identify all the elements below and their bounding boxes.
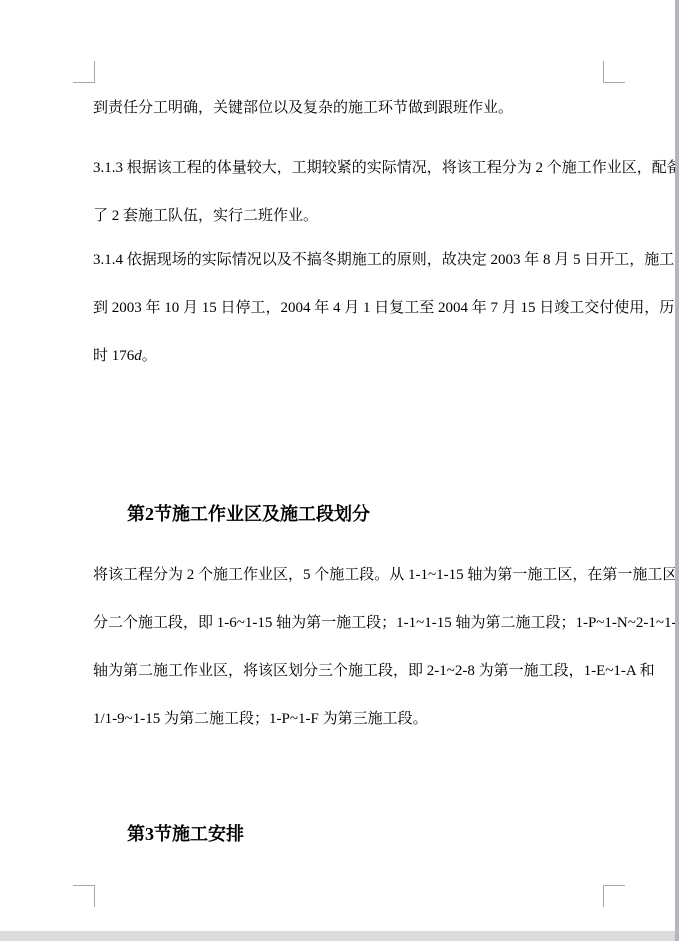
text-line: 到责任分工明确，关键部位以及复杂的施工环节做到跟班作业。	[93, 84, 603, 132]
margin-mark-bottom-left-icon	[73, 885, 95, 907]
text-line: 将该工程分为 2 个施工作业区，5 个施工段。从 1-1~1-15 轴为第一施工…	[93, 551, 603, 599]
text-line: 3.1.4 依据现场的实际情况以及不搞冬期施工的原则，故决定 2003 年 8 …	[93, 236, 603, 284]
section-heading-2: 第2节施工作业区及施工段划分	[127, 500, 370, 528]
text-line: 1/1-9~1-15 为第二施工段；1-P~1-F 为第三施工段。	[93, 695, 603, 743]
text-line: 分二个施工段，即 1-6~1-15 轴为第一施工段；1-1~1-15 轴为第二施…	[93, 599, 603, 647]
text-line: 到 2003 年 10 月 15 日停工，2004 年 4 月 1 日复工至 2…	[93, 284, 603, 332]
text-line: 3.1.3 根据该工程的体量较大，工期较紧的实际情况，将该工程分为 2 个施工作…	[93, 144, 603, 192]
text-run: 时 176	[93, 348, 134, 364]
text-run: 。	[142, 348, 157, 364]
right-edge-strip	[675, 0, 679, 941]
paragraph-4: 将该工程分为 2 个施工作业区，5 个施工段。从 1-1~1-15 轴为第一施工…	[93, 551, 603, 743]
margin-mark-top-right-icon	[603, 61, 625, 83]
paragraph-2: 3.1.3 根据该工程的体量较大，工期较紧的实际情况，将该工程分为 2 个施工作…	[93, 144, 603, 240]
bottom-edge-strip	[0, 931, 675, 941]
margin-mark-bottom-right-icon	[603, 885, 625, 907]
paragraph-3: 3.1.4 依据现场的实际情况以及不搞冬期施工的原则，故决定 2003 年 8 …	[93, 236, 603, 380]
text-line: 轴为第二施工作业区，将该区划分三个施工段，即 2-1~2-8 为第一施工段，1-…	[93, 647, 603, 695]
section-heading-3: 第3节施工安排	[127, 820, 244, 848]
text-run-italic-variable: d	[134, 348, 142, 364]
margin-mark-top-left-icon	[73, 61, 95, 83]
paragraph-1: 到责任分工明确，关键部位以及复杂的施工环节做到跟班作业。	[93, 84, 603, 132]
text-line: 了 2 套施工队伍，实行二班作业。	[93, 192, 603, 240]
text-line: 时 176d。	[93, 332, 603, 380]
document-page: 到责任分工明确，关键部位以及复杂的施工环节做到跟班作业。 3.1.3 根据该工程…	[0, 0, 679, 941]
